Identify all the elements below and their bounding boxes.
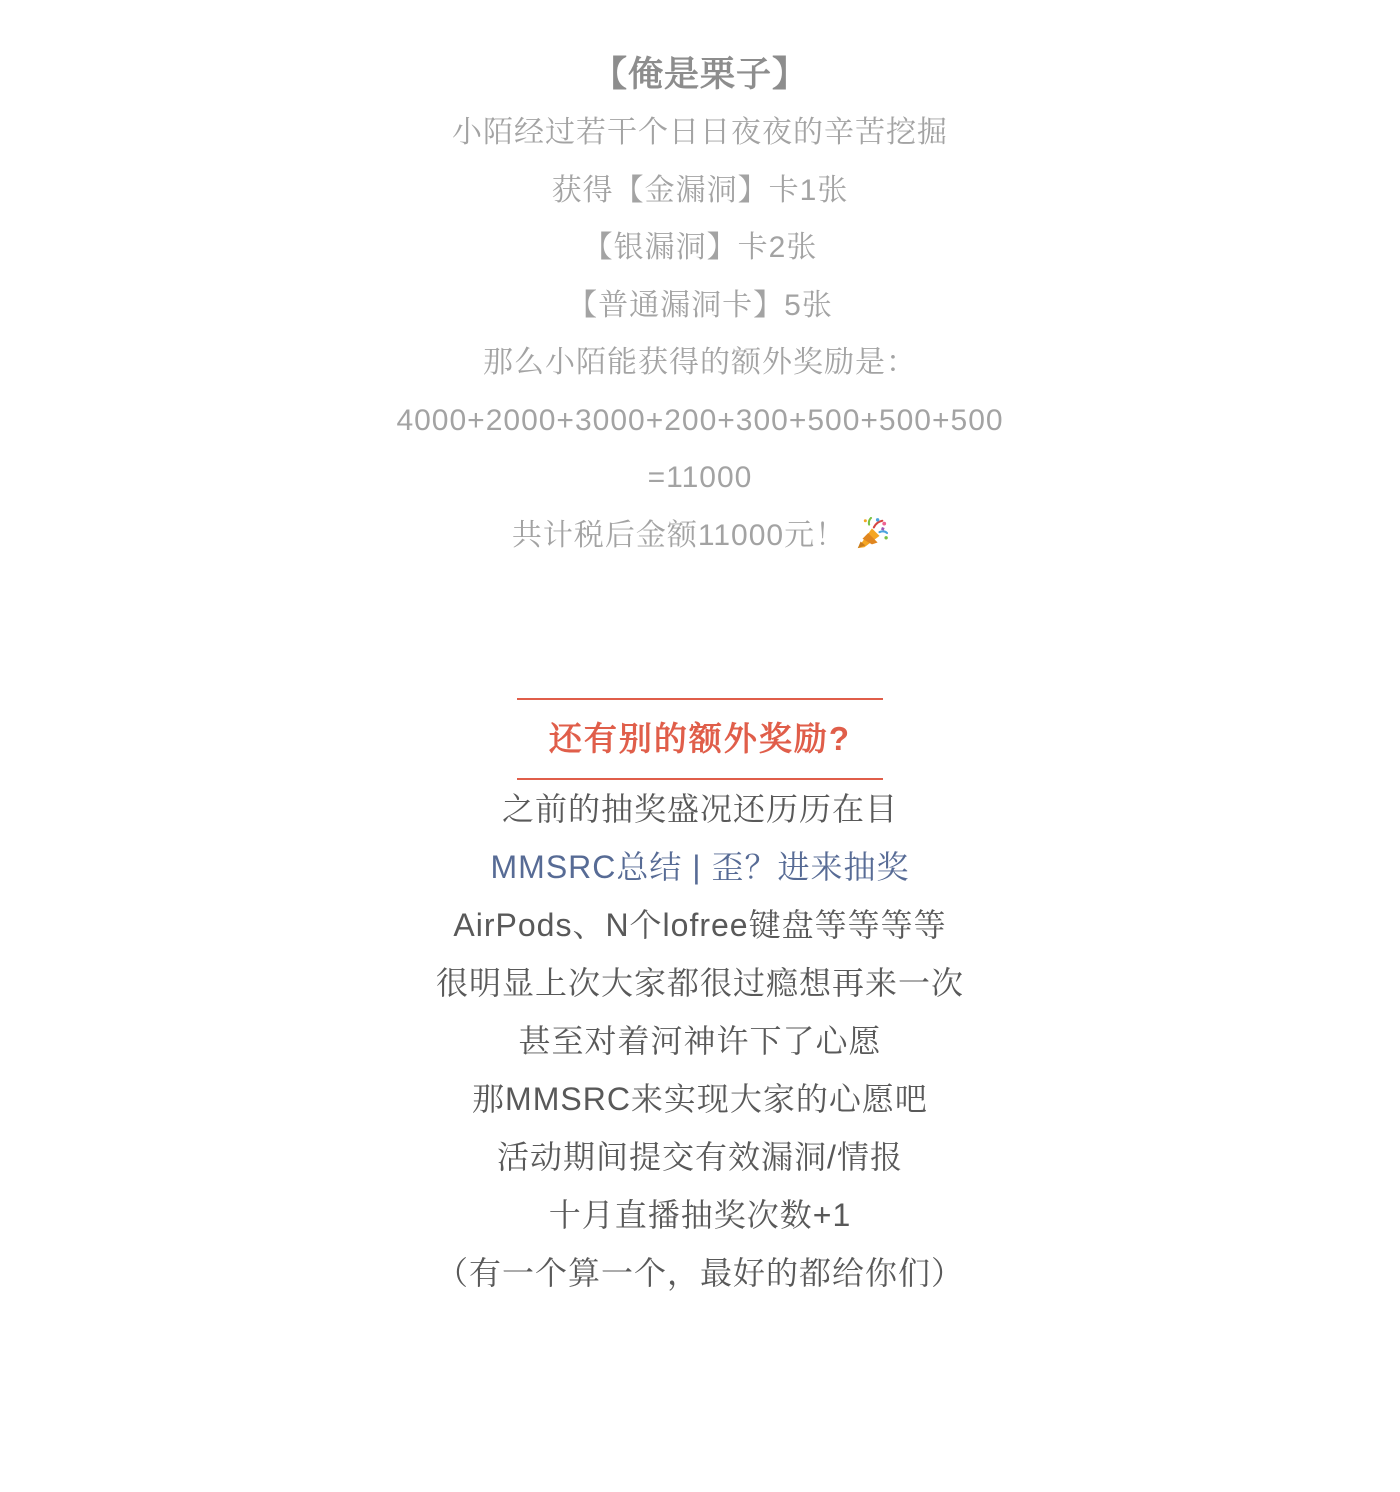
total-amount-line: 共计税后金额11000元！ — [0, 507, 1400, 565]
lottery-line: 很明显上次大家都很过瘾想再来一次 — [0, 954, 1400, 1012]
reward-line: 小陌经过若干个日日夜夜的辛苦挖掘 — [0, 104, 1400, 162]
reward-summary-title: 【俺是栗子】 — [0, 46, 1400, 104]
reward-line: 获得【金漏洞】卡1张 — [0, 162, 1400, 220]
lottery-line: 活动期间提交有效漏洞/情报 — [0, 1128, 1400, 1186]
reward-sum-line: =11000 — [0, 449, 1400, 507]
reward-line: 那么小陌能获得的额外奖励是： — [0, 334, 1400, 392]
lottery-line: （有一个算一个，最好的都给你们） — [0, 1244, 1400, 1302]
lottery-line: 甚至对着河神许下了心愿 — [0, 1012, 1400, 1070]
article-body: 【俺是栗子】 小陌经过若干个日日夜夜的辛苦挖掘 获得【金漏洞】卡1张 【银漏洞】… — [0, 0, 1400, 1302]
reward-calculation-line: 4000+2000+3000+200+300+500+500+500 — [0, 392, 1400, 450]
lottery-link-line: MMSRC总结 | 歪？进来抽奖 — [0, 838, 1400, 896]
extra-rewards-heading: 还有别的额外奖励? — [517, 700, 883, 778]
extra-rewards-heading-block: 还有别的额外奖励? — [517, 698, 883, 780]
article-link-mmsrc-summary[interactable]: MMSRC总结 | 歪？进来抽奖 — [491, 849, 910, 885]
party-popper-emoji-icon — [854, 517, 888, 551]
reward-line: 【银漏洞】卡2张 — [0, 219, 1400, 277]
lottery-line: AirPods、N个lofree键盘等等等等 — [0, 896, 1400, 954]
lottery-line: 那MMSRC来实现大家的心愿吧 — [0, 1070, 1400, 1128]
lottery-line: 之前的抽奖盛况还历历在目 — [0, 780, 1400, 838]
reward-line: 【普通漏洞卡】5张 — [0, 277, 1400, 335]
total-amount-text: 共计税后金额11000元！ — [512, 519, 846, 552]
lottery-line: 十月直播抽奖次数+1 — [0, 1186, 1400, 1244]
